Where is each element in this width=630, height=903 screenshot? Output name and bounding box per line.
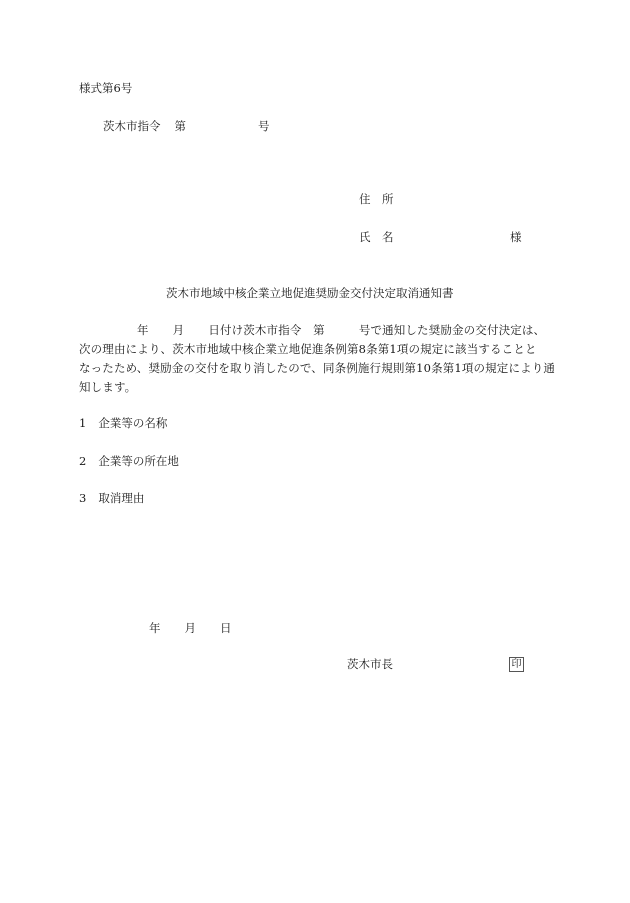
mayor-title: 茨木市長	[347, 657, 393, 671]
body-year: 年	[137, 323, 149, 337]
name-label: 氏 名	[359, 230, 394, 244]
body-line-4: 知します。	[79, 378, 549, 397]
body-rest: 号で通知した奨励金の交付決定は、	[359, 323, 545, 337]
form-number: 様式第6号	[79, 81, 132, 95]
list-item: 3取消理由	[79, 491, 144, 505]
body-line-3: なったため、奨励金の交付を取り消したので、同条例施行規則第10条第1項の規定によ…	[79, 359, 549, 378]
seal-mark: 印	[509, 657, 524, 672]
item-number: 2	[79, 454, 86, 468]
directive-dai: 第	[175, 119, 187, 133]
directive-go: 号	[258, 119, 270, 133]
honorific: 様	[510, 230, 522, 244]
date-month: 月	[185, 621, 197, 635]
item-number: 1	[79, 416, 86, 430]
item-label: 企業等の所在地	[98, 454, 179, 468]
document-title: 茨木市地域中核企業立地促進奨励金交付決定取消通知書	[166, 286, 454, 300]
directive-prefix: 茨木市指令	[103, 119, 161, 133]
address-label: 住 所	[359, 192, 394, 206]
item-label: 企業等の名称	[98, 416, 167, 430]
date-year: 年	[149, 621, 161, 635]
body-paragraph: 年月日付け茨木市指令 第号で通知した奨励金の交付決定は、 次の理由により、茨木市…	[79, 321, 549, 397]
item-label: 取消理由	[98, 491, 144, 505]
directive-number: 茨木市指令第号	[103, 119, 270, 133]
date-day: 日	[220, 621, 232, 635]
body-month: 月	[173, 323, 185, 337]
list-item: 2企業等の所在地	[79, 454, 179, 468]
body-line-1: 年月日付け茨木市指令 第号で通知した奨励金の交付決定は、	[79, 321, 549, 340]
body-line-2: 次の理由により、茨木市地域中核企業立地促進条例第8条第1項の規定に該当することと	[79, 340, 549, 359]
issue-date: 年月日	[149, 621, 232, 635]
list-item: 1企業等の名称	[79, 416, 167, 430]
item-number: 3	[79, 491, 86, 505]
body-day-text: 日付け茨木市指令 第	[208, 323, 325, 337]
